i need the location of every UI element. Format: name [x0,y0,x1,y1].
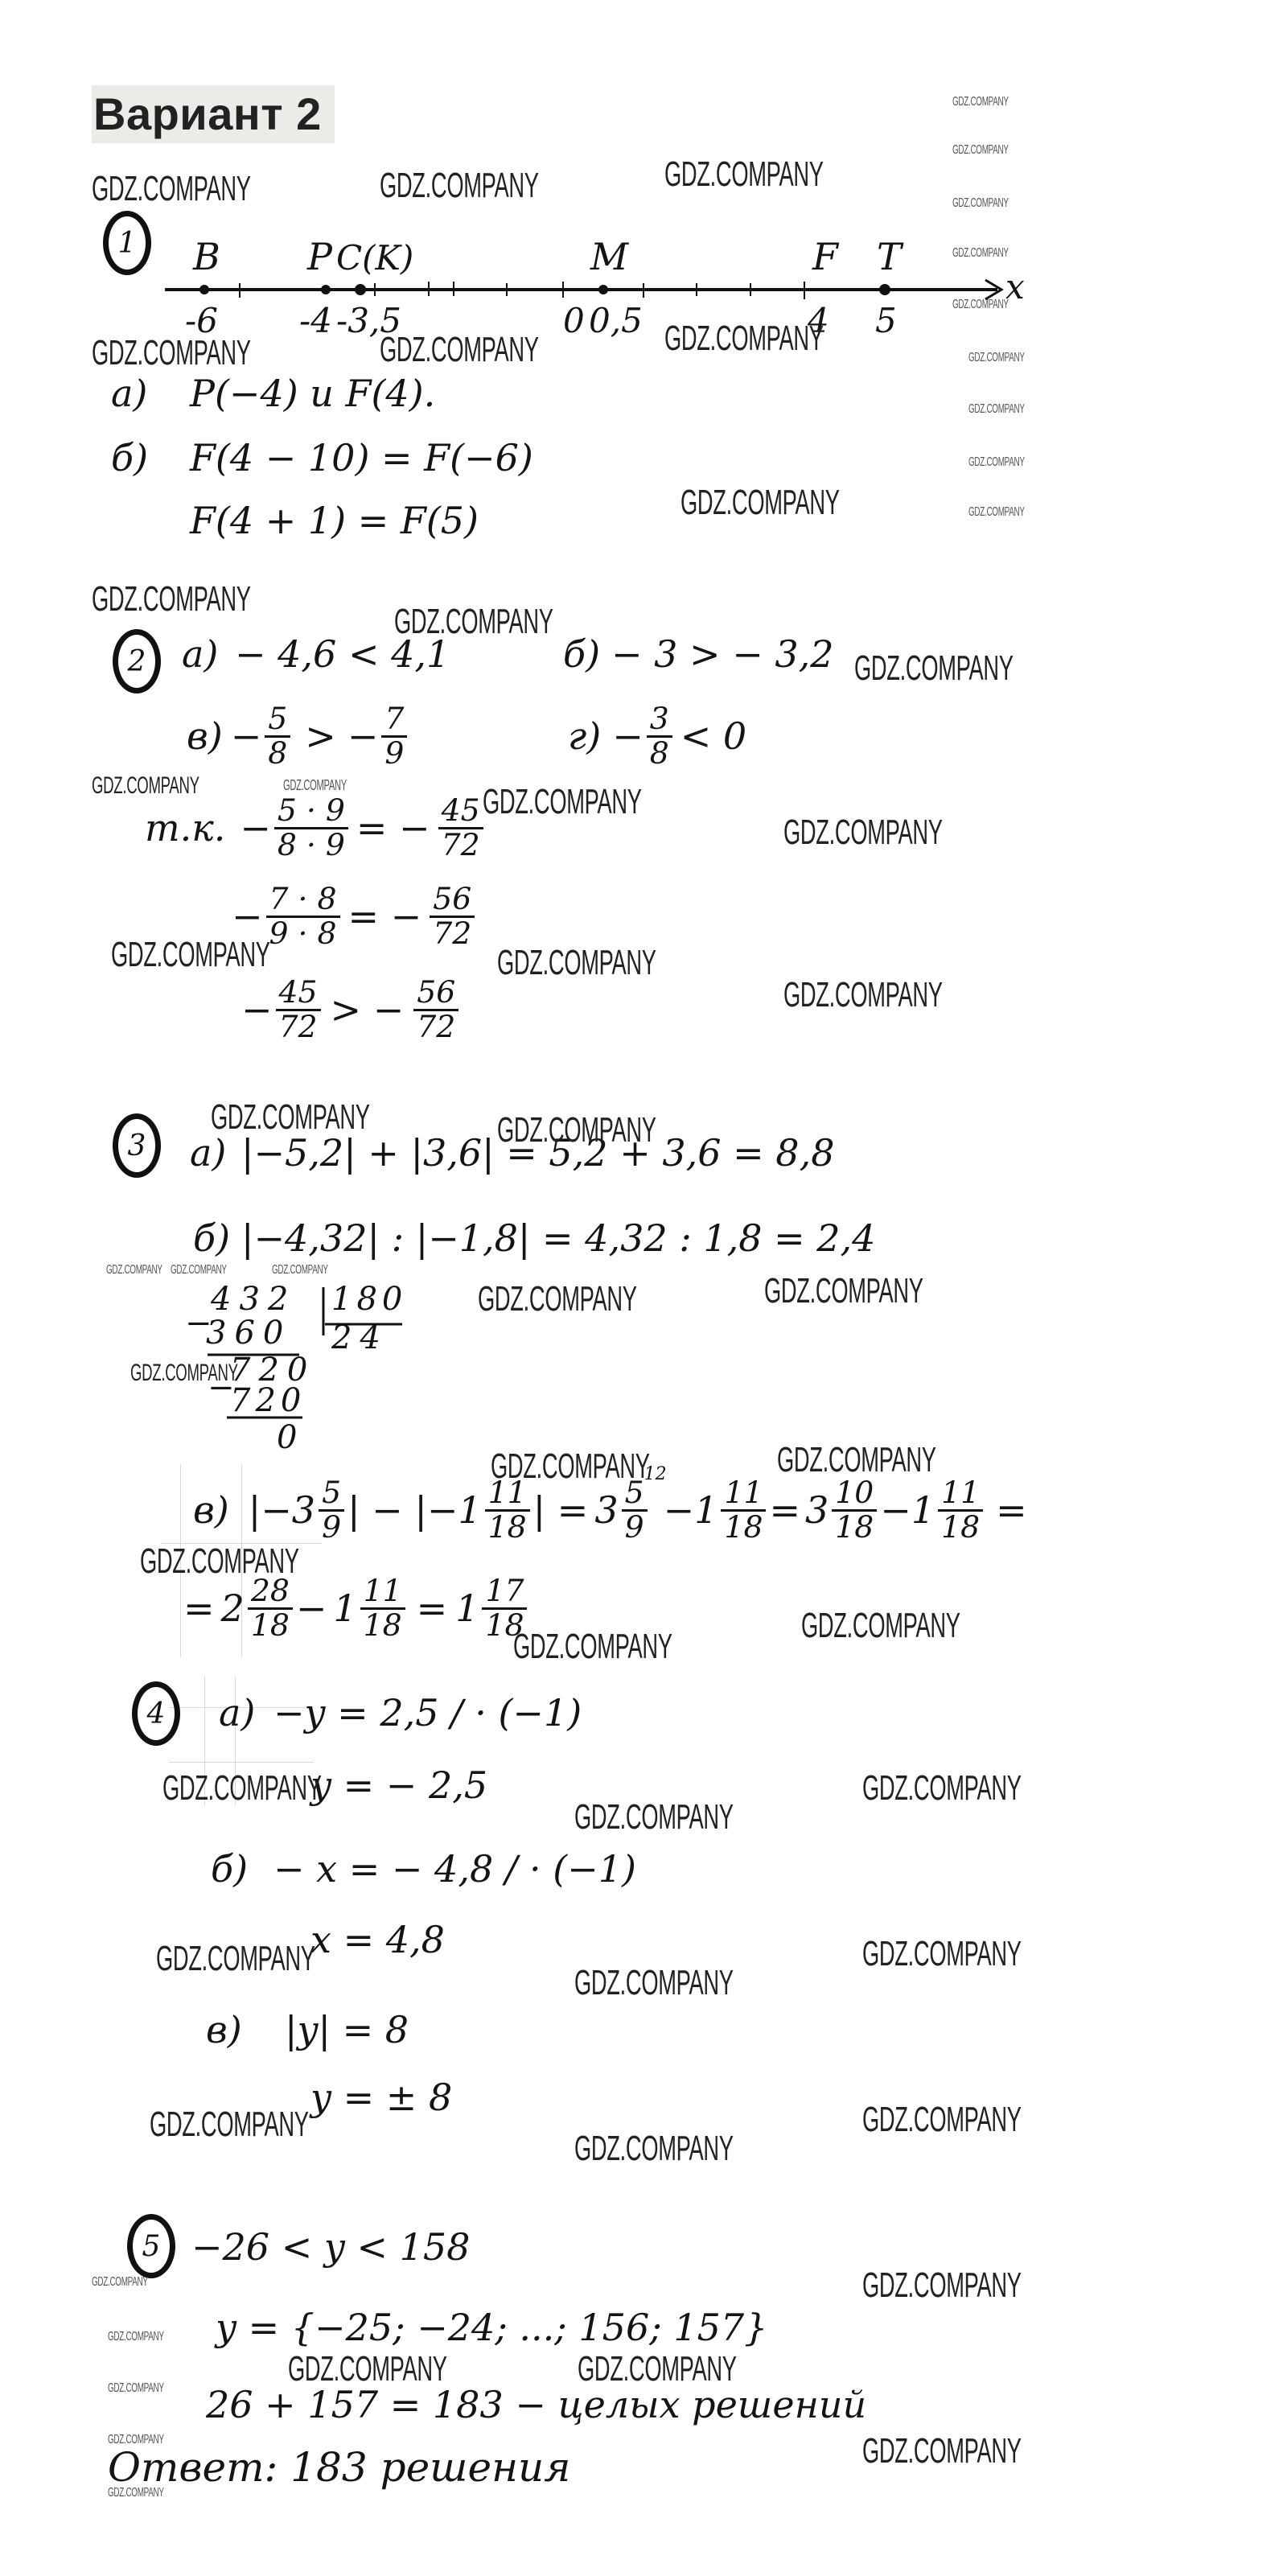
task-number-label: 4 [147,1697,166,1730]
watermark: GDZ.COMPANY [574,1963,734,2003]
watermark: GDZ.COMPANY [380,330,539,370]
task4-b-result: x = 4,8 [310,1921,445,1958]
watermark: GDZ.COMPANY [380,166,539,206]
whole: 3 [594,1492,618,1529]
watermark: GDZ.COMPANY [491,1446,650,1487]
fraction: 1118 [938,1477,983,1543]
whole: 1 [333,1590,356,1627]
whole: 3 [805,1492,829,1529]
watermark: GDZ.COMPANY [664,319,824,359]
watermark: GDZ.COMPANY [497,1110,656,1150]
task4-v-eq: |y| = 8 [285,2011,409,2048]
watermark-small: GDZ.COMPANY [108,2330,164,2344]
watermark-small: GDZ.COMPANY [106,1263,162,1278]
whole: 1 [455,1590,479,1627]
task-number-4: 4 [132,1681,180,1746]
fraction: 1118 [360,1575,405,1641]
watermark: GDZ.COMPANY [764,1271,923,1311]
task4-a-label: а) [219,1694,255,1731]
watermark-small: GDZ.COMPANY [108,2433,164,2447]
fraction: 2818 [248,1575,293,1641]
watermark: GDZ.COMPANY [574,2129,734,2169]
denominator: 18 [248,1610,293,1642]
watermark: GDZ.COMPANY [513,1627,672,1667]
watermark: GDZ.COMPANY [394,602,553,642]
numerator: 11 [721,1477,766,1512]
long-division-lines [0,0,1287,1529]
denominator: 18 [721,1512,766,1544]
watermark-small: GDZ.COMPANY [92,772,199,800]
task4-v-label: в) [206,2011,242,2048]
watermark-small: GDZ.COMPANY [92,2275,148,2290]
fraction: 1118 [721,1477,766,1543]
watermark: GDZ.COMPANY [664,154,824,195]
watermark-small: GDZ.COMPANY [968,402,1025,417]
fraction: 5912 [622,1477,648,1543]
task3-v-label: в) [193,1492,229,1529]
watermark: GDZ.COMPANY [862,2100,1022,2140]
watermark: GDZ.COMPANY [150,2105,309,2145]
watermark: GDZ.COMPANY [211,1097,370,1138]
watermark-small: GDZ.COMPANY [272,1263,328,1278]
watermark-small: GDZ.COMPANY [171,1263,227,1278]
watermark: GDZ.COMPANY [801,1606,960,1646]
task4-a-result: y = − 2,5 [310,1767,487,1804]
whole: 2 [221,1590,245,1627]
numerator: 11 [938,1477,983,1512]
watermark: GDZ.COMPANY [130,1360,238,1387]
task3-v-line2: = 2 2818 − 1 1118 = 1 1718 [183,1575,530,1641]
whole: 3 [292,1492,315,1529]
denominator: 18 [360,1610,405,1642]
watermark-small: GDZ.COMPANY [952,95,1009,109]
task5-solution-set: y = {−25; −24; ...; 156; 157} [216,2309,767,2346]
watermark-small: GDZ.COMPANY [968,351,1025,365]
watermark: GDZ.COMPANY [777,1440,936,1480]
watermark-small: GDZ.COMPANY [283,777,347,794]
watermark-small: GDZ.COMPANY [968,455,1025,470]
watermark: GDZ.COMPANY [111,935,270,975]
task3-v-line1: в) |− 3 59 | − |− 1 1118 | = 3 5912 − 1 … [193,1477,1027,1543]
watermark-small: GDZ.COMPANY [108,2486,164,2500]
watermark: GDZ.COMPANY [156,1939,315,1979]
denominator: 18 [938,1512,983,1544]
watermark: GDZ.COMPANY [92,333,251,373]
denominator: 18 [485,1512,530,1544]
denominator: 18 [832,1512,877,1544]
watermark: GDZ.COMPANY [783,975,943,1015]
fraction: 1018 [832,1477,877,1543]
watermark-small: GDZ.COMPANY [968,505,1025,520]
task-number-label: 5 [142,2230,161,2263]
watermark-small: GDZ.COMPANY [952,196,1009,211]
watermark: GDZ.COMPANY [854,648,1014,689]
watermark: GDZ.COMPANY [140,1541,299,1582]
numerator: 10 [832,1477,877,1512]
watermark-small: GDZ.COMPANY [108,2381,164,2396]
numerator: 5 [319,1477,344,1512]
numerator: 11 [360,1575,405,1610]
task5-inequality: −26 < y < 158 [191,2228,470,2265]
watermark: GDZ.COMPANY [483,782,642,822]
denominator: 9 [622,1512,648,1544]
watermark: GDZ.COMPANY [862,2431,1022,2471]
watermark-small: GDZ.COMPANY [952,143,1009,158]
watermark: GDZ.COMPANY [681,483,840,523]
task4-b-label: б) [211,1850,248,1887]
task5-count: 26 + 157 = 183 − целых решений [206,2386,866,2423]
task4-b-eq: − x = − 4,8 / · (−1) [273,1850,636,1887]
task5-answer: Ответ: 183 решения [108,2447,570,2488]
task4-v-result: y = ± 8 [310,2079,452,2116]
watermark: GDZ.COMPANY [497,943,656,983]
watermark: GDZ.COMPANY [92,169,251,209]
watermark: GDZ.COMPANY [574,1797,734,1837]
watermark: GDZ.COMPANY [92,579,251,619]
whole: 1 [694,1492,718,1529]
grid-line [169,1762,314,1763]
denominator: 9 [319,1512,344,1544]
watermark: GDZ.COMPANY [862,1934,1022,1974]
watermark: GDZ.COMPANY [862,1768,1022,1809]
watermark-small: GDZ.COMPANY [952,298,1009,312]
task4-a-eq: −y = 2,5 / · (−1) [273,1694,582,1731]
watermark: GDZ.COMPANY [288,2349,447,2389]
watermark-small: GDZ.COMPANY [952,246,1009,261]
whole: 1 [911,1492,935,1529]
whole: 1 [458,1492,481,1529]
watermark: GDZ.COMPANY [862,2265,1022,2306]
fraction: 1118 [485,1477,530,1543]
watermark: GDZ.COMPANY [478,1279,637,1319]
fraction: 59 [319,1477,344,1543]
task-number-5: 5 [127,2214,175,2278]
watermark: GDZ.COMPANY [578,2349,737,2389]
watermark: GDZ.COMPANY [162,1768,322,1809]
numerator: 17 [482,1575,527,1610]
watermark: GDZ.COMPANY [783,813,943,853]
